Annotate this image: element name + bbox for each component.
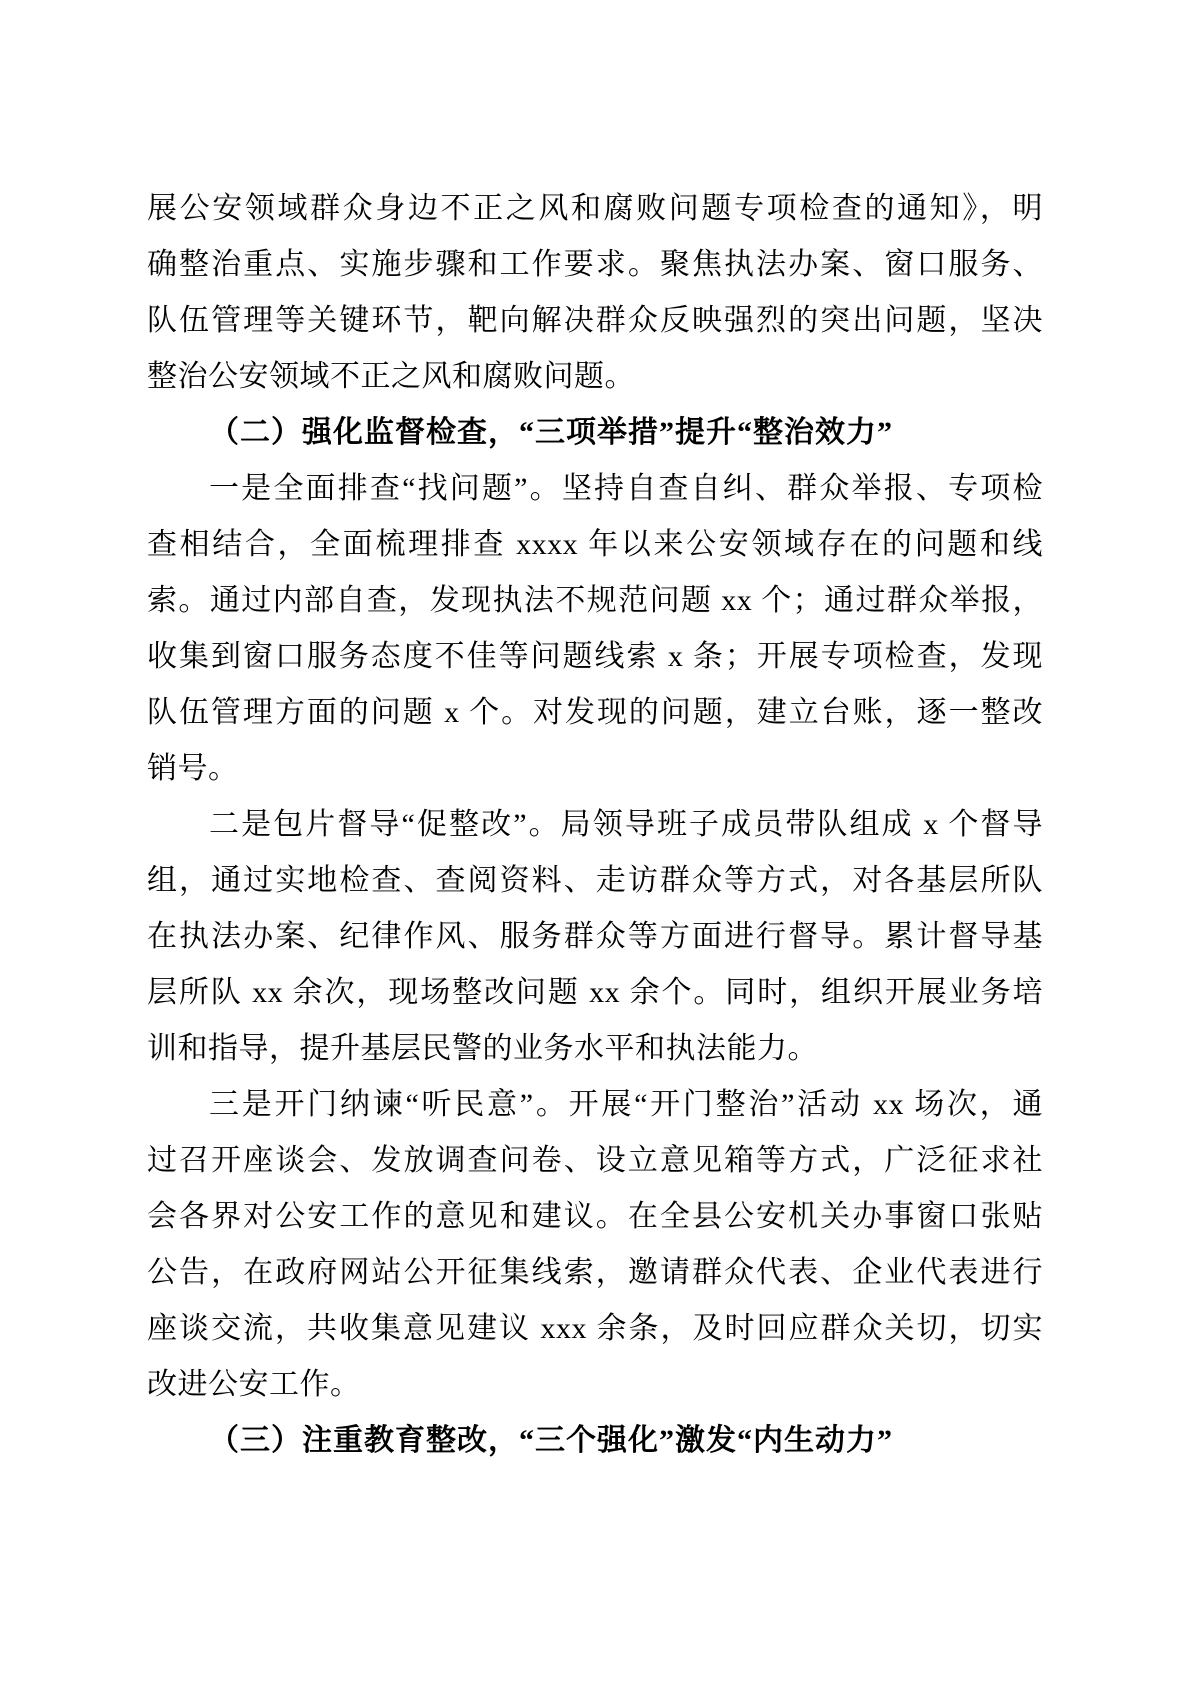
paragraph-line: 销号。	[147, 741, 1043, 797]
paragraph-line: 组，通过实地检查、查阅资料、走访群众等方式，对各基层所队	[147, 853, 1043, 909]
paragraph-line: 层所队 xx 余次，现场整改问题 xx 余个。同时，组织开展业务培	[147, 965, 1043, 1021]
paragraph-line: 训和指导，提升基层民警的业务水平和执法能力。	[147, 1021, 1043, 1077]
document-page: 展公安领域群众身边不正之风和腐败问题专项检查的通知》，明 确整治重点、实施步骤和…	[0, 0, 1190, 1683]
paragraph-line: 公告，在政府网站公开征集线索，邀请群众代表、企业代表进行	[147, 1245, 1043, 1301]
text-block: 展公安领域群众身边不正之风和腐败问题专项检查的通知》，明 确整治重点、实施步骤和…	[147, 181, 1043, 1469]
paragraph-line: 三是开门纳谏“听民意”。开展“开门整治”活动 xx 场次，通	[147, 1077, 1043, 1133]
section-heading: （三）注重教育整改，“三个强化”激发“内生动力”	[147, 1413, 1043, 1469]
paragraph-line: 展公安领域群众身边不正之风和腐败问题专项检查的通知》，明	[147, 181, 1043, 237]
paragraph-line: 改进公安工作。	[147, 1357, 1043, 1413]
paragraph-line: 座谈交流，共收集意见建议 xxx 余条，及时回应群众关切，切实	[147, 1301, 1043, 1357]
section-heading: （二）强化监督检查，“三项举措”提升“整治效力”	[147, 405, 1043, 461]
paragraph-line: 会各界对公安工作的意见和建议。在全县公安机关办事窗口张贴	[147, 1189, 1043, 1245]
paragraph-line: 队伍管理等关键环节，靶向解决群众反映强烈的突出问题，坚决	[147, 293, 1043, 349]
paragraph-line: 索。通过内部自查，发现执法不规范问题 xx 个；通过群众举报，	[147, 573, 1043, 629]
paragraph-line: 整治公安领域不正之风和腐败问题。	[147, 349, 1043, 405]
paragraph-line: 收集到窗口服务态度不佳等问题线索 x 条；开展专项检查，发现	[147, 629, 1043, 685]
paragraph-line: 过召开座谈会、发放调查问卷、设立意见箱等方式，广泛征求社	[147, 1133, 1043, 1189]
paragraph-line: 确整治重点、实施步骤和工作要求。聚焦执法办案、窗口服务、	[147, 237, 1043, 293]
paragraph-line: 一是全面排查“找问题”。坚持自查自纠、群众举报、专项检	[147, 461, 1043, 517]
paragraph-line: 在执法办案、纪律作风、服务群众等方面进行督导。累计督导基	[147, 909, 1043, 965]
paragraph-line: 二是包片督导“促整改”。局领导班子成员带队组成 x 个督导	[147, 797, 1043, 853]
paragraph-line: 查相结合，全面梳理排查 xxxx 年以来公安领域存在的问题和线	[147, 517, 1043, 573]
paragraph-line: 队伍管理方面的问题 x 个。对发现的问题，建立台账，逐一整改	[147, 685, 1043, 741]
